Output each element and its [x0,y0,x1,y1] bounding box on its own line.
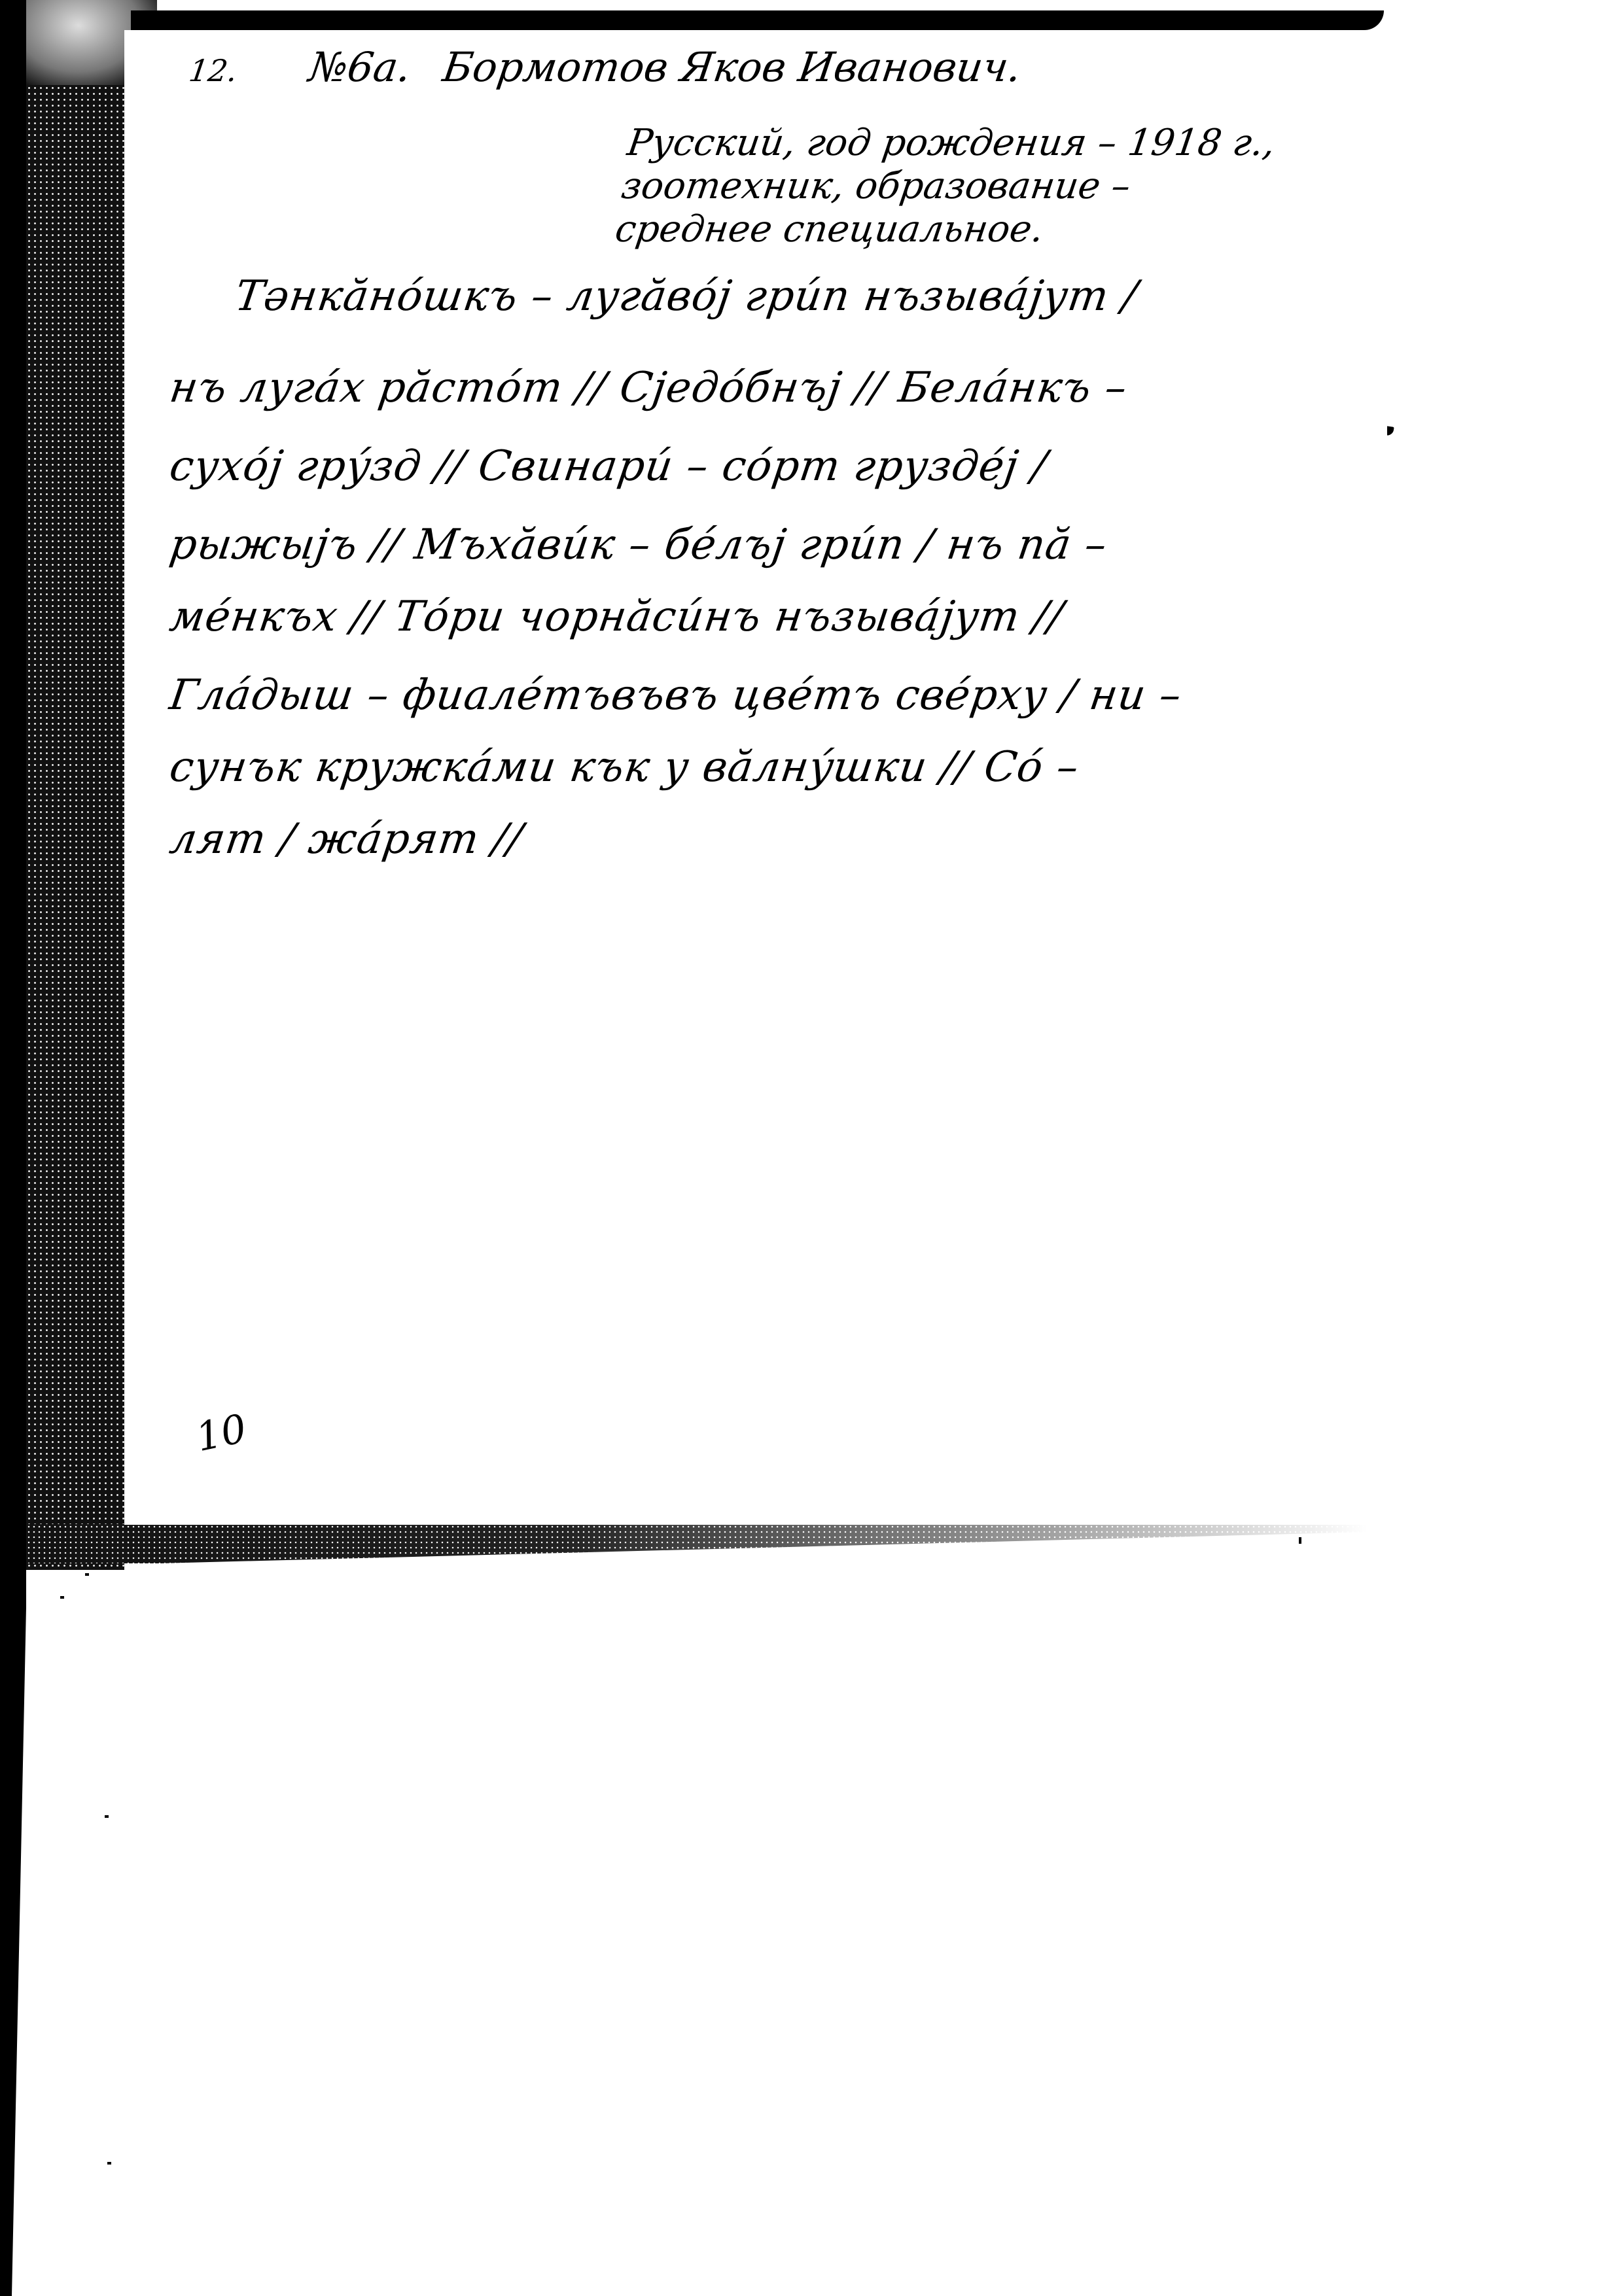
informant-info-line: Русский, год рождения – 1918 г., [625,122,1278,165]
informant-info-line: зоотехник, образование – [618,165,1271,208]
informant-name: Бормотов Яков Иванович. [440,43,1024,91]
informant-info-line: среднее специальное. [612,208,1265,251]
scan-speck [85,1573,89,1576]
page-top-border [131,10,1384,30]
text-line: рыжыјъ // Мъхăвúк – бéлъј гри́п / нъ пă … [167,521,1110,569]
informant-info: Русский, год рождения – 1918 г., зоотехн… [612,122,1278,251]
text-line: Глáдыш – фиалéтъвъвъ цвéтъ свéрху / ни – [167,671,1185,720]
scan-speck [60,1596,64,1599]
text-line: нъ лугáх рăстóт // Сједóбнъј // Белáнкъ … [167,364,1131,412]
page-bottom-shadow [26,1524,1368,1563]
text-line: лят / жáрят // [167,815,526,863]
document-page: 12. №6а. Бормотов Яков Иванович. Русский… [124,30,1387,1525]
page-number: 10 [192,1406,251,1461]
entry-header: 12. №6а. Бормотов Яков Иванович. [186,43,1025,91]
entry-number: 12. [186,53,239,88]
book-spine-halftone [26,85,124,1570]
record-id: №6а. [306,43,414,91]
text-line: сухóј грýзд // Свинарú – сóрт груздéј / [167,442,1050,491]
text-line: Тəнкăнóшкъ – лугăвóј гри́п нъзывáјут / [232,272,1141,321]
text-line: сунък кружкáми кък у вăлнýшки // Сó – [167,743,1082,791]
scan-speck [107,2162,111,2165]
scan-speck [105,1815,109,1818]
scan-speck [1299,1537,1301,1544]
scan-edge-strip [0,0,26,2296]
text-line: мéнкъх // Тóри чорнăсúнъ нъзывáјут // [167,593,1067,641]
